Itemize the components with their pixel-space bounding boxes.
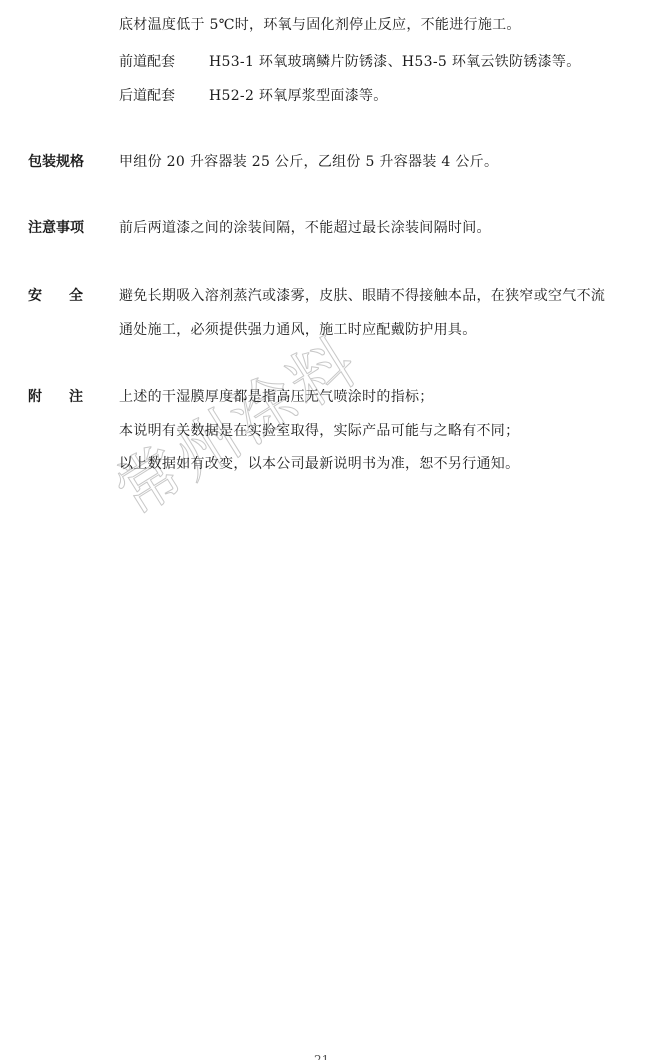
- remarks-text-2: 本说明有关数据是在实验室取得，实际产品可能与之略有不同；: [119, 422, 519, 440]
- packaging-text: 甲组份 20 升容器装 25 公斤，乙组份 5 升容器装 4 公斤。: [119, 153, 498, 171]
- continuation-text: 底材温度低于 5℃时，环氧与固化剂停止反应，不能进行施工。: [119, 16, 521, 34]
- post-coat-label: 后道配套: [119, 87, 175, 105]
- post-coat-text: H52-2 环氧厚浆型面漆等。: [209, 87, 388, 105]
- remarks-text-1: 上述的干湿膜厚度都是指高压无气喷涂时的指标；: [119, 388, 434, 406]
- page-number: 21: [314, 1053, 329, 1060]
- notes-text: 前后两道漆之间的涂装间隔，不能超过最长涂装间隔时间。: [119, 219, 491, 237]
- pre-coat-label: 前道配套: [119, 53, 175, 71]
- remarks-text-3: 以上数据如有改变，以本公司最新说明书为准，恕不另行通知。: [119, 455, 519, 473]
- safety-text-2: 通处施工，必须提供强力通风，施工时应配戴防护用具。: [119, 321, 477, 339]
- notes-label: 注意事项: [28, 219, 84, 237]
- remarks-label: 附注: [28, 388, 110, 406]
- safety-label: 安全: [28, 287, 110, 305]
- packaging-label: 包装规格: [28, 153, 84, 171]
- pre-coat-text: H53-1 环氧玻璃鳞片防锈漆、H53-5 环氧云铁防锈漆等。: [209, 53, 581, 71]
- safety-text-1: 避免长期吸入溶剂蒸汽或漆雾，皮肤、眼睛不得接触本品，在狭窄或空气不流: [119, 287, 605, 305]
